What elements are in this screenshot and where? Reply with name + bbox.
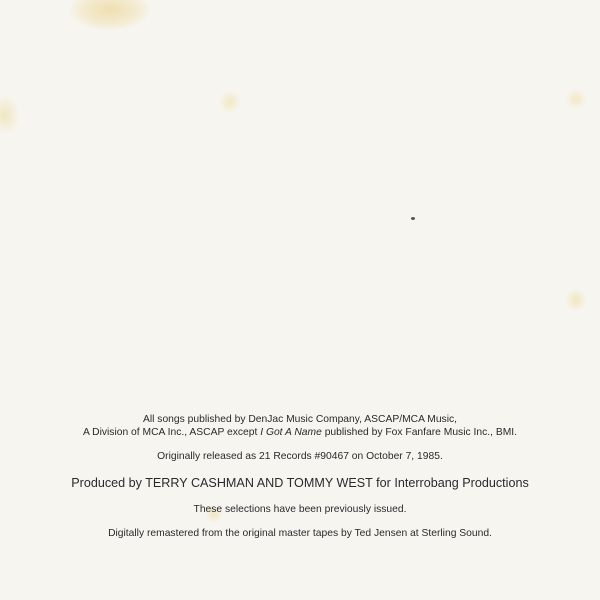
previously-issued-line: These selections have been previously is… (0, 503, 600, 516)
paper-stain (70, 0, 150, 30)
paper-stain (565, 88, 587, 110)
remastered-line: Digitally remastered from the original m… (0, 527, 600, 540)
song-title: I Got A Name (260, 427, 322, 438)
publishing-line-1: All songs published by DenJac Music Comp… (0, 413, 600, 426)
release-line: Originally released as 21 Records #90467… (0, 450, 600, 463)
paper-stain (565, 288, 587, 312)
producer-line: Produced by TERRY CASHMAN AND TOMMY WEST… (0, 476, 600, 491)
publishing-line-2: A Division of MCA Inc., ASCAP except I G… (0, 426, 600, 439)
paper-stain (0, 95, 20, 135)
paper-speck (411, 217, 415, 220)
paper-stain (218, 90, 242, 114)
credits-block: All songs published by DenJac Music Comp… (0, 413, 600, 439)
